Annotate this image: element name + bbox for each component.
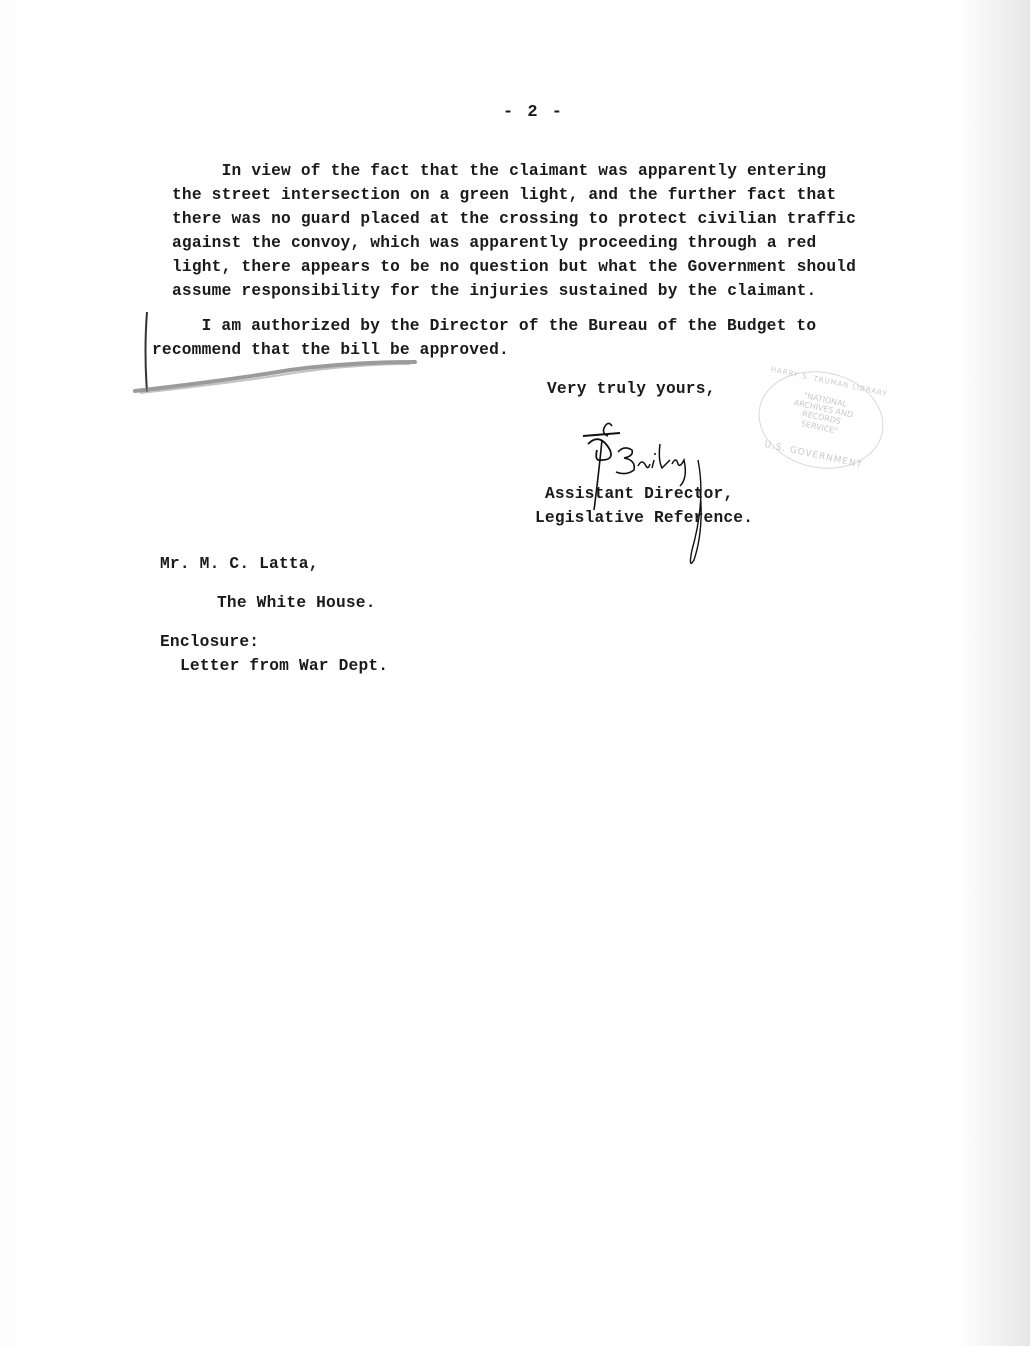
addressee-location: The White House. (217, 595, 376, 611)
signer-title-line-2: Legislative Reference. (535, 510, 753, 526)
addressee-name: Mr. M. C. Latta, (160, 556, 319, 572)
paragraph-1-line-5: light, there appears to be no question b… (172, 259, 856, 275)
pencil-margin-mark-icon (130, 300, 430, 400)
paragraph-1-line-6: assume responsibility for the injuries s… (172, 283, 816, 299)
document-page: - 2 - In view of the fact that the claim… (0, 0, 1030, 1346)
page-number: - 2 - (503, 104, 564, 121)
closing: Very truly yours, (547, 381, 716, 397)
paragraph-1-line-4: against the convoy, which was apparently… (172, 235, 816, 251)
enclosure-label: Enclosure: (160, 634, 259, 650)
enclosure-item: Letter from War Dept. (180, 658, 388, 674)
signer-title-line-1: Assistant Director, (545, 486, 733, 502)
paragraph-1-line-2: the street intersection on a green light… (172, 187, 836, 203)
paragraph-1-line-3: there was no guard placed at the crossin… (172, 211, 856, 227)
paragraph-1-line-1: In view of the fact that the claimant wa… (172, 163, 826, 179)
